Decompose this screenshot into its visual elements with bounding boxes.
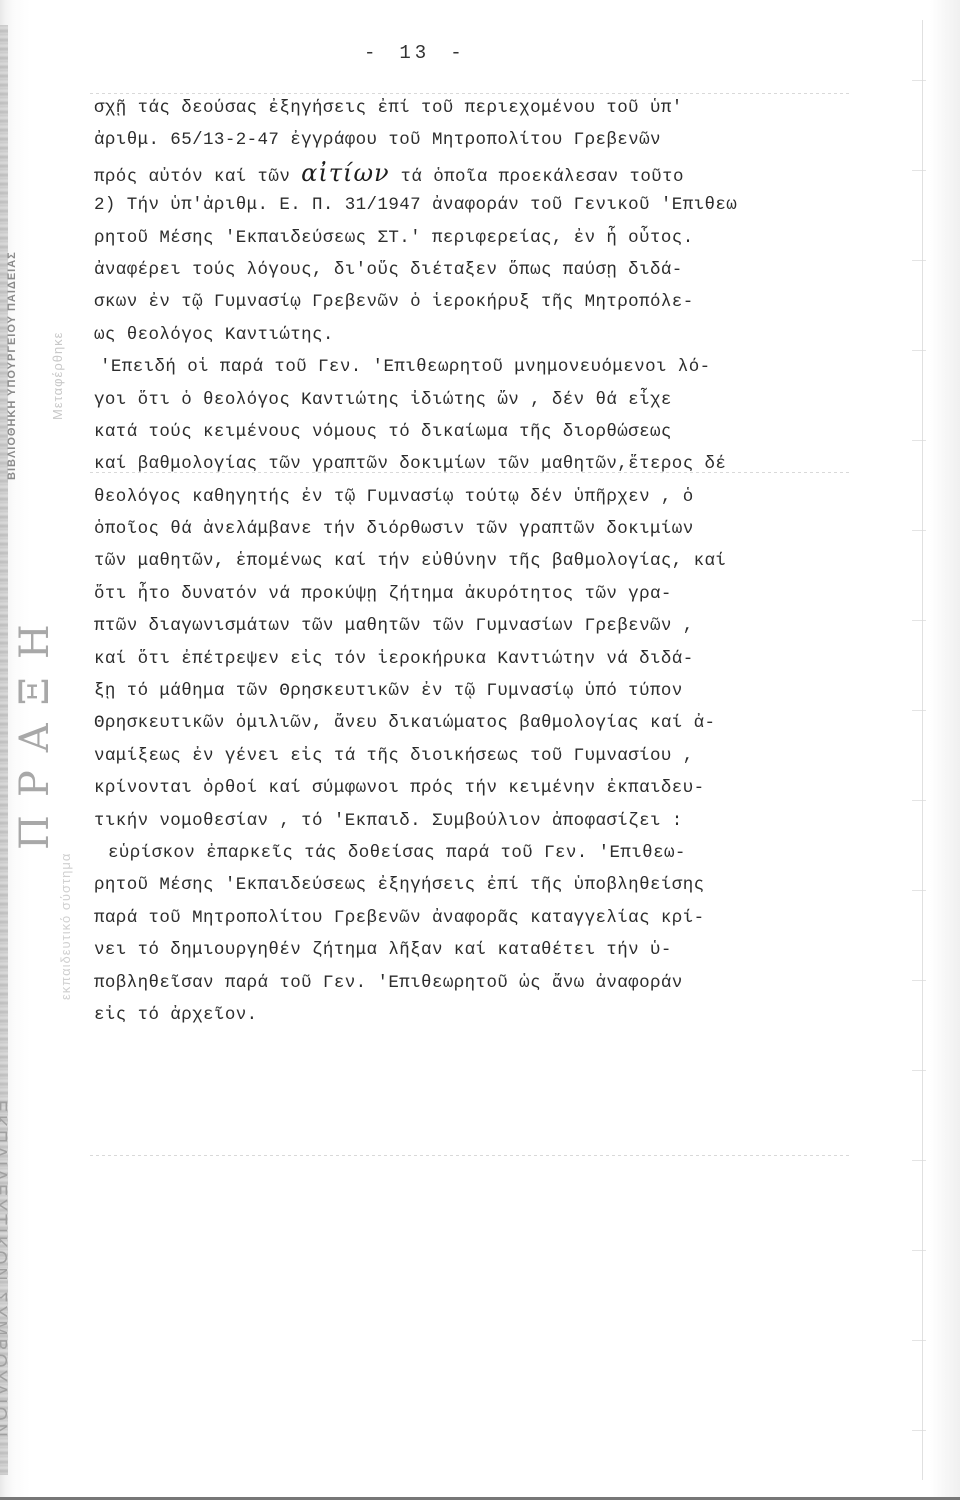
- text-line: παρά τοῦ Μητροπολίτου Γρεβενῶν ἀναφορᾶς …: [94, 902, 924, 934]
- text-line: ὅτι ἦτο δυνατόν νά προκύψῃ ζήτημα ἀκυρότ…: [94, 578, 924, 610]
- text-line: ρητοῦ Μέσης 'Εκπαιδεύσεως ΣΤ.' περιφερεί…: [94, 222, 924, 254]
- text-line: σκων ἐν τῷ Γυμνασίῳ Γρεβενῶν ὁ ἱεροκήρυξ…: [94, 286, 924, 318]
- handwritten-insertion: αἰτίων: [301, 159, 389, 187]
- document-body: σχῇ τάς δεούσας ἐξηγήσεις ἐπί τοῦ περιεχ…: [94, 92, 924, 1031]
- text-line: σχῇ τάς δεούσας ἐξηγήσεις ἐπί τοῦ περιεχ…: [94, 92, 924, 124]
- text-line-paragraph-start: εὑρίσκον ἐπαρκεῖς τάς δοθείσας παρά τοῦ …: [94, 837, 924, 869]
- text-line-paragraph-start: 'Επειδή οἱ παρά τοῦ Γεν. 'Επιθεωρητοῦ μν…: [94, 351, 924, 383]
- text-line: κατά τούς κειμένους νόμους τό δικαίωμα τ…: [94, 416, 924, 448]
- text-segment: πρός αὐτόν καί τῶν: [94, 167, 301, 187]
- text-line: τικήν νομοθεσίαν , τό 'Εκπαιδ. Συμβούλιο…: [94, 805, 924, 837]
- text-line: γοι ὅτι ὁ θεολόγος Καντιώτης ἰδιώτης ὤν …: [94, 384, 924, 416]
- text-line: ἀριθμ. 65/13-2-47 ἐγγράφου τοῦ Μητροπολί…: [94, 124, 924, 156]
- page-number-value: 13: [399, 42, 430, 64]
- text-line: πτῶν διαγωνισμάτων τῶν μαθητῶν τῶν Γυμνα…: [94, 610, 924, 642]
- margin-faint-stamp: Μεταφέρθηκε: [50, 332, 65, 420]
- text-segment: τά ὁποῖα προεκάλεσαν τοῦτο: [390, 167, 684, 187]
- text-line: ξῃ τό μάθημα τῶν Θρησκευτικῶν ἐν τῷ Γυμν…: [94, 675, 924, 707]
- text-line-with-handwriting: πρός αὐτόν καί τῶν αἰτίων τά ὁποῖα προεκ…: [94, 157, 924, 189]
- text-line: θεολόγος καθηγητής ἐν τῷ Γυμνασίῳ τούτῳ …: [94, 481, 924, 513]
- text-line: καί ὅτι ἐπέτρεψεν εἰς τόν ἱεροκήρυκα Καν…: [94, 643, 924, 675]
- text-line: τῶν μαθητῶν, ἑπομένως καί τήν εὐθύνην τῆ…: [94, 545, 924, 577]
- margin-council-stamp: ΕΚΠΑΙΔΕΥΤΙΚΟΝ ΣΥΜΒΟΥΛΙΟΝ: [0, 1100, 10, 1440]
- text-line: ως θεολόγος Καντιώτης.: [94, 319, 924, 351]
- page-number: -13-: [354, 42, 476, 64]
- page-number-dash-left: -: [364, 42, 379, 64]
- text-line: ποβληθεῖσαν παρά τοῦ Γεν. 'Επιθεωρητοῦ ὡ…: [94, 967, 924, 999]
- text-line: Θρησκευτικῶν ὁμιλιῶν, ἄνευ δικαιώματος β…: [94, 707, 924, 739]
- text-line: κρίνονται ὀρθοί καί σύμφωνοι πρός τήν κε…: [94, 772, 924, 804]
- text-line: καί βαθμολογίας τῶν γραπτῶν δοκιμίων τῶν…: [94, 448, 924, 480]
- text-line: ἀναφέρει τούς λόγους, δι'οὕς διέταξεν ὅπ…: [94, 254, 924, 286]
- page-number-dash-right: -: [450, 42, 465, 64]
- text-line: εἰς τό ἀρχεῖον.: [94, 999, 924, 1031]
- margin-praxi-stamp: ΠΡΑΞΗ: [12, 606, 58, 850]
- text-line: ναμίξεως ἐν γένει εἰς τά τῆς διοικήσεως …: [94, 740, 924, 772]
- text-line: ρητοῦ Μέσης 'Εκπαιδεύσεως ἐξηγήσεις ἐπί …: [94, 869, 924, 901]
- text-line: ὁποῖος θά ἀνελάμβανε τήν διόρθωσιν τῶν γ…: [94, 513, 924, 545]
- margin-library-stamp: ΒΙΒΛΙΟΘΗΚΗ ΥΠΟΥΡΓΕΙΟΥ ΠΑΙΔΕΙΑΣ: [6, 251, 18, 480]
- text-line: 2) Τήν ὑπ'ἀριθμ. Ε. Π. 31/1947 ἀναφοράν …: [94, 189, 924, 221]
- text-line: νει τό δημιουργηθέν ζήτημα λῆξαν καί κατ…: [94, 934, 924, 966]
- margin-faint-stamp-2: εκπαιδευτικό σύστημα: [58, 853, 73, 1000]
- faint-rule: [90, 1155, 850, 1156]
- document-page: ΒΙΒΛΙΟΘΗΚΗ ΥΠΟΥΡΓΕΙΟΥ ΠΑΙΔΕΙΑΣ Μεταφέρθη…: [0, 0, 960, 1500]
